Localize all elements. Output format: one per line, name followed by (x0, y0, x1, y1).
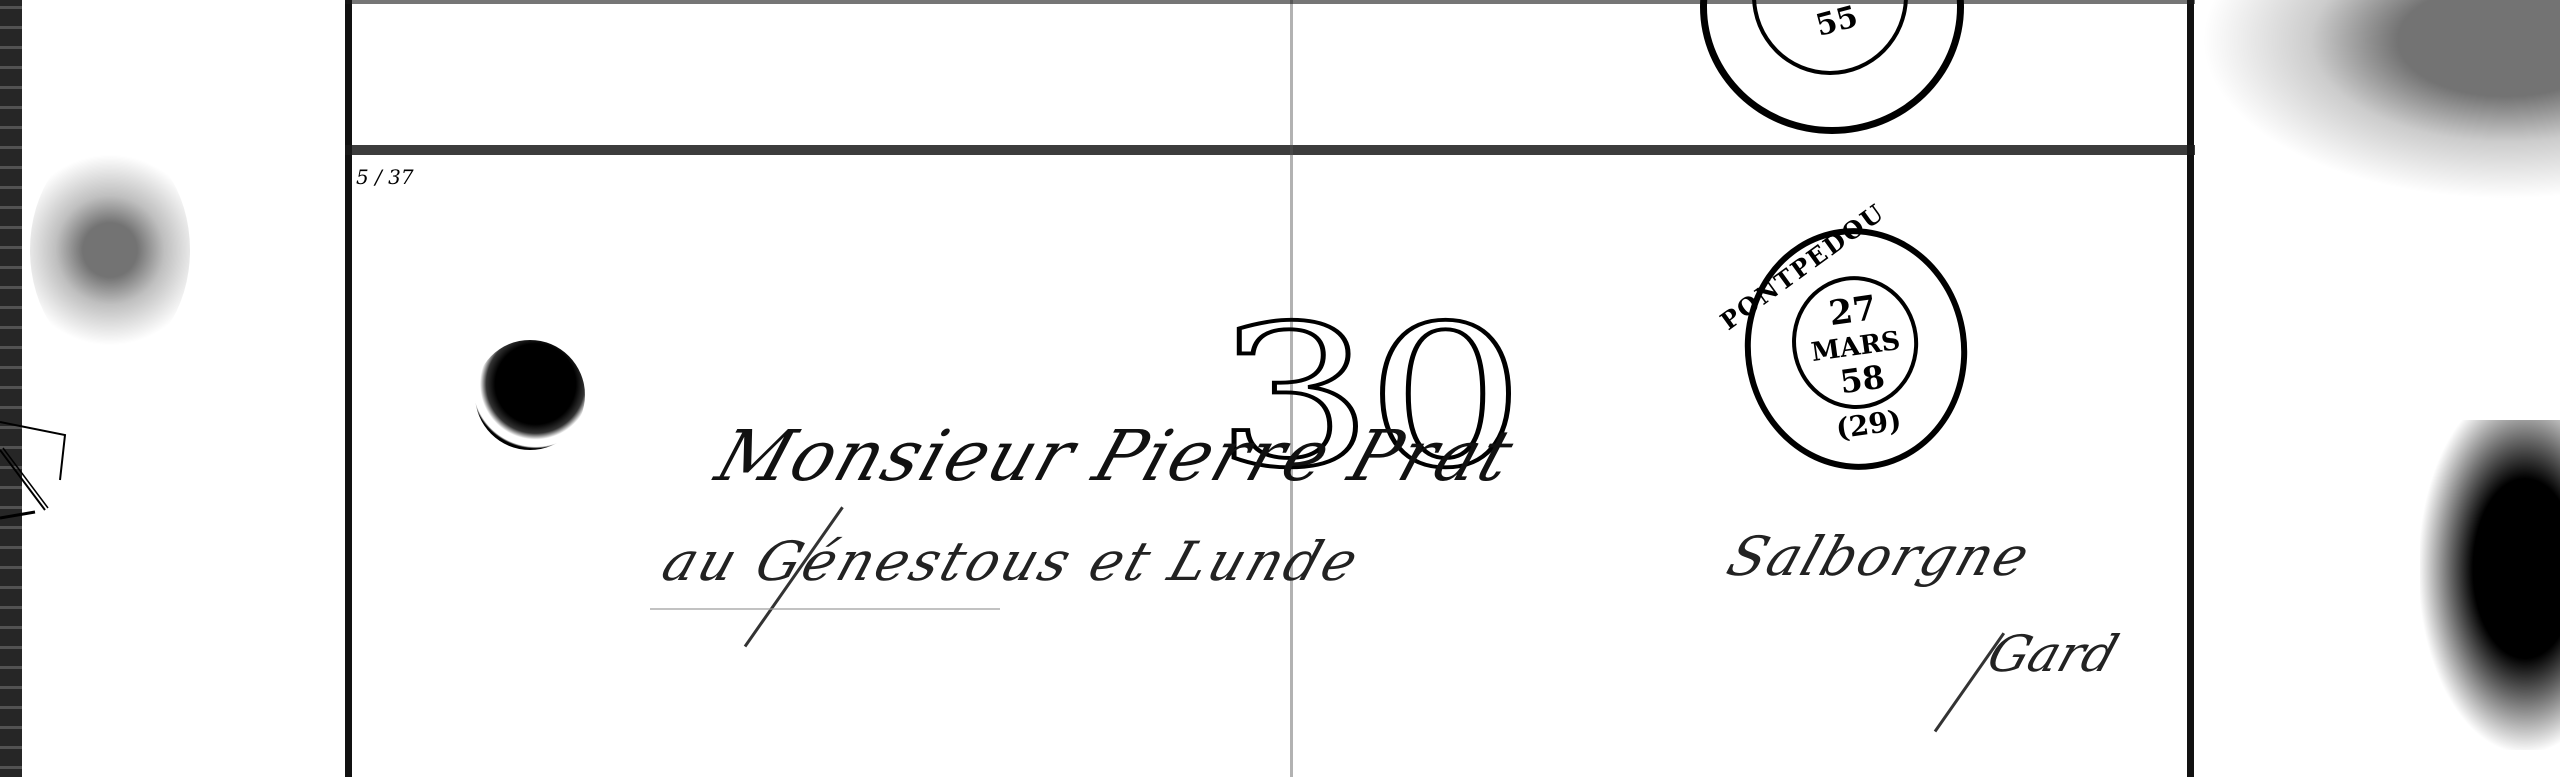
left-edge-shadow (0, 0, 22, 777)
ruled-guide (650, 608, 1000, 610)
right-edge-stain (2420, 420, 2560, 750)
wax-seal (475, 340, 585, 450)
address-line-2-town: Salborgne (1720, 525, 2039, 588)
left-fold-line (345, 0, 352, 777)
flap-outline (0, 420, 75, 520)
address-line-1: Monsieur Pierre Prat (707, 415, 1525, 497)
smudge (30, 140, 190, 360)
right-fold-line (2187, 0, 2194, 777)
postmark-main: PONTPEDOU 27 MARS 58 (29) (1729, 214, 1983, 485)
postmark-top-partial: 55 (1700, 0, 1964, 134)
postmark-day: 27 (1816, 289, 1890, 332)
postmark-department: (29) (1832, 406, 1905, 443)
address-line-2: au Génestous et Lunde (655, 530, 1369, 593)
top-right-stain (2200, 0, 2560, 200)
letter-sheet: 5 / 37 55 PONTPEDOU 27 MARS 58 (29) 30 M… (0, 0, 2560, 777)
marginal-note: 5 / 37 (356, 165, 414, 189)
top-fold-line (345, 145, 2195, 155)
